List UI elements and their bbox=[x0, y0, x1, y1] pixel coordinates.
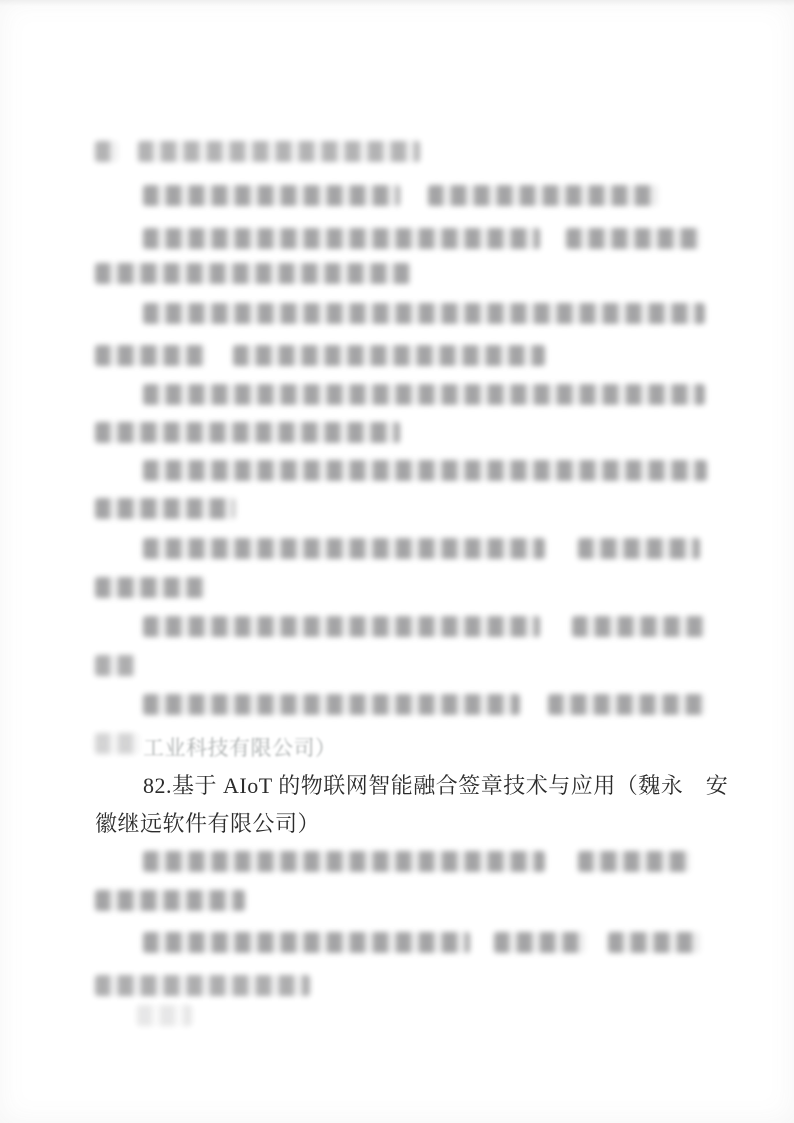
blurred-text-line bbox=[95, 890, 245, 911]
item-82-line2-text: 徽继远软件有限公司） bbox=[95, 807, 320, 838]
blurred-text-line bbox=[572, 616, 705, 637]
blurred-text-line bbox=[143, 694, 520, 715]
partial-company-suffix-text: 工业科技有限公司） bbox=[143, 732, 337, 762]
blurred-text-line bbox=[95, 655, 135, 676]
blurred-text-line bbox=[143, 460, 707, 481]
blurred-text-line bbox=[138, 141, 420, 162]
blurred-text-line bbox=[566, 228, 700, 249]
item-82-line1-text: 82.基于 AIoT 的物联网智能融合签章技术与应用（魏永 安 bbox=[143, 769, 728, 800]
blurred-text-line bbox=[143, 384, 705, 405]
blurred-text-line bbox=[143, 228, 540, 249]
blurred-text-line bbox=[143, 538, 545, 559]
blurred-text-line bbox=[95, 577, 205, 598]
blurred-text-line bbox=[95, 975, 310, 996]
document-page: 工业科技有限公司） 82.基于 AIoT 的物联网智能融合签章技术与应用（魏永 … bbox=[0, 0, 794, 1123]
blurred-text-line bbox=[95, 141, 118, 162]
blurred-text-line bbox=[548, 694, 705, 715]
blurred-text-line bbox=[95, 733, 140, 754]
blurred-text-line bbox=[137, 1005, 192, 1026]
blurred-text-line bbox=[233, 345, 545, 366]
blurred-text-line bbox=[95, 422, 400, 443]
blurred-text-line bbox=[95, 345, 205, 366]
blurred-text-line bbox=[143, 303, 705, 324]
blurred-text-line bbox=[578, 851, 690, 872]
blurred-text-line bbox=[143, 851, 545, 872]
blurred-text-line bbox=[578, 538, 700, 559]
blurred-text-line bbox=[95, 263, 410, 284]
blurred-text-line bbox=[95, 498, 235, 519]
blurred-text-line bbox=[608, 932, 700, 953]
blurred-text-line bbox=[143, 185, 400, 206]
blurred-text-line bbox=[428, 185, 658, 206]
blurred-text-line bbox=[494, 932, 585, 953]
blurred-text-line bbox=[143, 616, 540, 637]
blurred-text-line bbox=[143, 932, 470, 953]
